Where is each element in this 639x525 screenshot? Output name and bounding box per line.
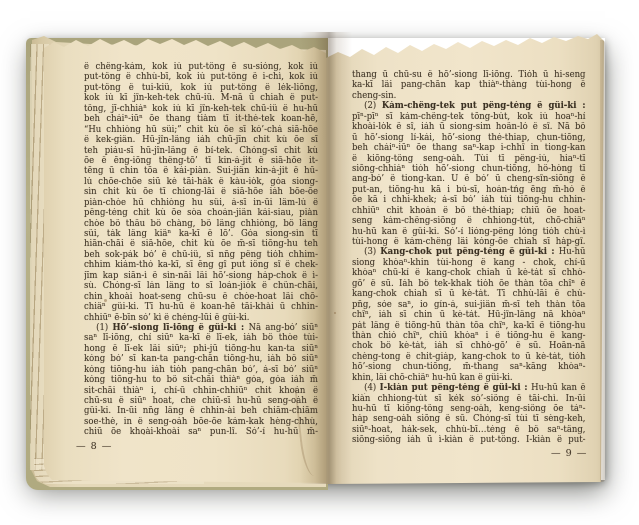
line-text: saⁿ lī-iōng, chí siūⁿ ka-kī ê lī-ek, iáh…: [84, 333, 318, 343]
text-line: ka-kī lâi pang-chān kap thiàⁿ-thàng tùi-…: [352, 80, 586, 90]
line-text: teh piáu-sī hū-jîn-lâng ê bí-tek. Chóng-…: [84, 146, 318, 156]
text-line: ang-bó’ ê tiong-kan. Ū ê bó’ ū cheng-sîn…: [352, 174, 586, 184]
text-line: pīⁿ-pīⁿ sī kám-chêng-tek tōng-bu̍t, kok …: [352, 112, 586, 122]
text-line: sûi, ta̍k lâng kiâⁿ ka-kī ê lō’. Góa sio…: [84, 229, 318, 239]
text-line: chhiūⁿ chit khoán ê bô thé-thiap; chiū ō…: [352, 206, 586, 216]
text-line: chîⁿ, iáh sī chin ū kè-ta̍t. Hū-jîn-lâng…: [352, 310, 586, 320]
text-line: chok bô kè-ta̍t, iáh sī chhò-gō’ ê sū. H…: [352, 341, 586, 351]
text-line: cheng-sin.: [352, 91, 586, 101]
line-text: sù. Chóng-sī lán lâng to sī loán-jio̍k ê…: [84, 281, 318, 291]
line-text: khòaⁿ chū-kí ê kang-chok chiah ū kè-ta̍t…: [352, 268, 586, 278]
text-line: chòe bô thâu bô chàng, bô lâng chhiòng, …: [84, 219, 318, 229]
line-text: siōng-siōng iáh ū ì-kiàn ê put-tông. Ì-k…: [352, 435, 586, 445]
text-line: sit-chāi thiàⁿ i, chí-ū chhin-chhiūⁿ chi…: [84, 386, 318, 396]
text-line: gō’ ê sū. Iáh bô tek-khak tio̍h ōe thàn …: [352, 279, 586, 289]
section-number: (3): [364, 247, 380, 257]
text-line: ê chêng-kám, kok iú put-tông ê su-sióng,…: [84, 62, 318, 72]
text-line: hu-hū kan ê gûi-ki. Só’-í lióng-pêng lón…: [352, 227, 586, 237]
line-text: gûi-ki. In-ūi nn̄g lâng ê chhin-ài beh c…: [84, 406, 318, 416]
line-text: put-tông ê tui-kiû, kok iú put-tông ê le…: [84, 83, 318, 93]
line-text: ōe kā i chhi-khek; á-sī bó’ iáh tùi tiōn…: [352, 195, 586, 205]
section-number: (2): [364, 101, 382, 111]
line-text: siūⁿ-hoat, ha̍k-sek, chhù-bī…téng ê bô s…: [352, 425, 586, 435]
text-line: ōe kā i chhi-khek; á-sī bó’ iáh tùi tiōn…: [352, 195, 586, 205]
line-text: thang ū chū-su ê hō’-siong lī-iōng. Tio̍…: [352, 70, 586, 80]
line-text: khin, lâi chō-chiâⁿ hu-hū kan ê gûi-ki.: [352, 373, 513, 383]
text-line: pêng-téng chit kù ōe sòa choán-jiân kái-…: [84, 208, 318, 218]
line-text: kóng tiōng-hu iáh tio̍h pang-chān bó’, á…: [84, 365, 318, 375]
line-text: chòe bô thâu bô chàng, bô lâng chhiòng, …: [84, 219, 318, 229]
line-text: “Hu chhiòng hū sûi;” chit kù ōe sī kó’-c…: [84, 125, 318, 135]
line-text: chin khoài hoat-seng chū-su ê chòe-hoat …: [84, 292, 318, 302]
text-line: pn̄g, sóe saⁿ, io gín-á, sui-jiân m̄-sī …: [352, 300, 586, 310]
text-line: pa̍t lâng ê tiōng-hū thàn tōa chîⁿ, ka-k…: [352, 321, 586, 331]
line-text: chhiūⁿ chit khoán ê bô thé-thiap; chiū ō…: [352, 206, 586, 216]
text-line: kóng tiōng-hu iáh tio̍h pang-chān bó’, á…: [84, 365, 318, 375]
text-line: hō’-siong chun-tiōng, m̄-thang saⁿ-kāng …: [352, 362, 586, 372]
line-text: ka-kī lâi pang-chān kap thiàⁿ-thàng tùi-…: [352, 80, 586, 90]
line-text: pêng-téng chit kù ōe sòa choán-jiân kái-…: [84, 208, 318, 218]
text-line: kok iú kī jîn-keh-tek chū-iû. M̄-nā ū ch…: [84, 93, 318, 103]
text-line: siōng-siōng iáh ū ì-kiàn ê put-tông. Ì-k…: [352, 435, 586, 445]
text-line: put-an, tiōng-hu kā i bú-sī, hoán-tńg ēn…: [352, 185, 586, 195]
text-line: khòaⁿ chū-kí ê kang-chok chiah ū kè-ta̍t…: [352, 268, 586, 278]
text-line: chin khoài hoat-seng chū-su ê chòe-hoat …: [84, 292, 318, 302]
line-text: chiū ōe khoài-khoài saⁿ pun-lî. Só’-í hu…: [84, 427, 318, 437]
text-line: soe-thè, in ê seng-oa̍h bōe-ōe kám-kak h…: [84, 417, 318, 427]
text-line: seng kám-chêng-siōng ê chhiong-tu̍t, chō…: [352, 216, 586, 226]
text-line: ê kiōng-tông seng-oa̍h. Tùi tī pêng-iú, …: [352, 154, 586, 164]
text-line: “Hu chhiòng hū sûi;” chit kù ōe sī kó’-c…: [84, 125, 318, 135]
line-text: khoài-lo̍k ê sî, iáh ū siong-sim hoân-ló…: [352, 122, 586, 132]
text-line: sù. Chóng-sī lán lâng to sī loán-jio̍k ê…: [84, 281, 318, 291]
line-text: chhim kiám-thó ka-kī, sī ēng gî put iông…: [84, 260, 318, 270]
text-line: (1) Hō’-siong lī-iōng ê gûi-ki : Nā ang-…: [84, 323, 318, 333]
paper-stain: [210, 100, 270, 134]
text-line: siūⁿ-hoat, ha̍k-sek, chhù-bī…téng ê bô s…: [352, 425, 586, 435]
section-number: (1): [96, 323, 112, 333]
text-line: put-tông ê tui-kiû, kok iú put-tông ê le…: [84, 83, 318, 93]
line-text: ōe ê ēng-iōng thêng-tō’ tī kin-á-jit ê s…: [84, 156, 318, 166]
text-line: thàn chió chîⁿ, chiū khòaⁿ i ê tiōng-hu …: [352, 331, 586, 341]
line-text: pn̄g, sóe saⁿ, io gín-á, sui-jiân m̄-sī …: [352, 300, 586, 310]
line-text: ang-bó’ ê tiong-kan. Ū ê bó’ ū cheng-sîn…: [352, 174, 586, 184]
line-text: hu-hū kan ê gûi-ki. Só’-í lióng-pêng lón…: [352, 227, 586, 237]
line-text: ū hō’-siong lí-kái, hō’-siong thé-thiap,…: [352, 133, 586, 143]
text-line: piàn-chòe hū chhiòng hu sûi, á-sī in-ūi …: [84, 198, 318, 208]
line-text: ê kiōng-tông seng-oa̍h. Tùi tī pêng-iú, …: [352, 154, 586, 164]
book-photo: ê chêng-kám, kok iú put-tông ê su-sióng,…: [0, 0, 639, 525]
line-text: beh cháiⁿ-iūⁿ ōe thang saⁿ-kap i-chhî in…: [352, 143, 586, 153]
text-line: thang ū chū-su ê hō’-siong lī-iōng. Tio̍…: [352, 70, 586, 80]
text-line: saⁿ lī-iōng, chí siūⁿ ka-kī ê lī-ek, iáh…: [84, 333, 318, 343]
text-line: (2) Kám-chêng-tek put pêng-téng ê gûi-ki…: [352, 101, 586, 111]
line-text: ê chêng-kám, kok iú put-tông ê su-sióng,…: [84, 62, 318, 72]
line-text: kok iú kī jîn-keh-tek chū-iû. M̄-nā ū ch…: [84, 93, 318, 103]
text-line: chū-su ê siūⁿ hoat, che chiū-sī hu-hū se…: [84, 396, 318, 406]
line-text: beh sok-pa̍k bó’ ê chū-iû, sī nn̄g pêng …: [84, 250, 318, 260]
line-text: kóng bó’ sī kan-ta pang-chān tiōng-hu, i…: [84, 354, 318, 364]
line-text: pa̍t lâng ê tiōng-hū thàn tōa chîⁿ, ka-k…: [352, 321, 586, 331]
line-text: chhiūⁿ ē-bīn só’ kì ê chéng-lūi ê gûi-ki…: [84, 313, 249, 323]
text-line: (3) Kang-chok put pêng-téng ê gûi-ki : H…: [352, 247, 586, 257]
line-text: sûi, ta̍k lâng kiâⁿ ka-kī ê lō’. Góa sio…: [84, 229, 318, 239]
text-line: ê kek-giân. Hū-jîn-lâng iáh chū-jīn chit…: [84, 135, 318, 145]
text-line: kóng bó’ sī kan-ta pang-chān tiōng-hu, i…: [84, 354, 318, 364]
text-line: beh sok-pa̍k bó’ ê chū-iû, sī nn̄g pêng …: [84, 250, 318, 260]
page-number-8: — 8 —: [76, 441, 112, 452]
section-heading: Hō’-siong lī-iōng ê gûi-ki :: [112, 323, 248, 333]
text-line: lú chōe-chōe siū kè tāi-ha̍k ê kàu-io̍k,…: [84, 177, 318, 187]
section-heading: Kang-chok put pêng-téng ê gûi-ki :: [380, 247, 559, 257]
line-text: cheng-sin.: [352, 91, 396, 101]
text-line: ōe ê ēng-iōng thêng-tō’ tī kin-á-jit ê s…: [84, 156, 318, 166]
page-number-9: — 9 —: [551, 448, 587, 459]
text-line: sìn chit kù ōe tī chiong-lâi ê siā-hōe i…: [84, 187, 318, 197]
text-line: siōng-chhiáⁿ tio̍h hō’-siong chun-tiōng,…: [352, 164, 586, 174]
section-number: (4): [364, 383, 379, 393]
paper-speck: [334, 312, 336, 314]
text-line: kang-chok chiah sī ū kè-ta̍t. Tī chhù-lā…: [352, 289, 586, 299]
line-text: put-tông ê chhù-bī, kok iú put-tông ê i-…: [84, 72, 318, 82]
line-text: pīⁿ-pīⁿ sī kám-chêng-tek tōng-bu̍t, kok …: [352, 112, 586, 122]
line-text: tùi-hong ê kám-chêng lâi kóng-ōe chiah s…: [352, 237, 586, 247]
text-line: gûi-ki. In-ūi nn̄g lâng ê chhin-ài beh c…: [84, 406, 318, 416]
text-line: tēng ū chin tōa ê kái-piàn. Sui-jiân kin…: [84, 166, 318, 176]
text-line: hiān-chāi ê siā-hōe, chit kù ōe m̄-sī ti…: [84, 239, 318, 249]
line-text: chèng-tong ê chit-gia̍p, kang-chok to ū …: [352, 352, 586, 362]
line-text: chîⁿ, iáh sī chin ū kè-ta̍t. Hū-jîn-lâng…: [352, 310, 586, 320]
line-text: siōng-chhiáⁿ tio̍h hō’-siong chun-tiōng,…: [352, 164, 586, 174]
text-line: beh cháiⁿ-iūⁿ ōe thang tiàm tī it-thé-te…: [84, 114, 318, 124]
line-text: siong khòaⁿ-khin tùi-hong ê kang - chok,…: [352, 258, 586, 268]
line-text: soe-thè, in ê seng-oa̍h bōe-ōe kám-kak h…: [84, 417, 318, 427]
line-text: lú chōe-chōe siū kè tāi-ha̍k ê kàu-io̍k,…: [84, 177, 318, 187]
line-text: jīm kap siān-ì ê sìn-nāi lâi hō’-siong h…: [84, 271, 318, 281]
line-text: put-an, tiōng-hu kā i bú-sī, hoán-tńg ēn…: [352, 185, 586, 195]
line-text: beh cháiⁿ-iūⁿ ōe thang tiàm tī it-thé-te…: [84, 114, 318, 124]
text-line: chèng-tong ê chit-gia̍p, kang-chok to ū …: [352, 352, 586, 362]
line-text: kang-chok chiah sī ū kè-ta̍t. Tī chhù-lā…: [352, 289, 586, 299]
paper-speck: [88, 262, 90, 264]
line-text: thàn chió chîⁿ, chiū khòaⁿ i ê tiōng-hu …: [352, 331, 586, 341]
text-line: jīm kap siān-ì ê sìn-nāi lâi hō’-siong h…: [84, 271, 318, 281]
line-text: ê kek-giân. Hū-jîn-lâng iáh chū-jīn chit…: [84, 135, 318, 145]
left-page-text: ê chêng-kám, kok iú put-tông ê su-sióng,…: [84, 62, 318, 438]
text-line: ū hō’-siong lí-kái, hō’-siong thé-thiap,…: [352, 133, 586, 143]
line-text: sit-chāi thiàⁿ i, chí-ū chhin-chhiūⁿ chi…: [84, 386, 318, 396]
right-page-fore-edge: [600, 40, 605, 482]
text-line: kóng tiōng-hu to bô sit-chāi thiàⁿ góa, …: [84, 375, 318, 385]
text-line: khoài-lo̍k ê sî, iáh ū siong-sim hoân-ló…: [352, 122, 586, 132]
line-text: chiâⁿ gûi-ki. Tī hu-hū ê koan-hē tāi-khà…: [84, 302, 318, 312]
paper-speck: [540, 140, 542, 142]
text-line: hong ê lī-ek lâi siūⁿ; phì-jū tiōng-hu k…: [84, 344, 318, 354]
paper-stain: [430, 380, 500, 420]
paper-speck: [104, 299, 107, 302]
line-text: chok bô kè-ta̍t, iáh sī chhò-gō’ ê sū. H…: [352, 341, 586, 351]
text-line: teh piáu-sī hū-jîn-lâng ê bí-tek. Chóng-…: [84, 146, 318, 156]
text-line: tông, jī-chhiáⁿ kok iú kī jîn-keh-tek ch…: [84, 104, 318, 114]
line-text: tēng ū chin tōa ê kái-piàn. Sui-jiân kin…: [84, 166, 318, 176]
text-line: put-tông ê chhù-bī, kok iú put-tông ê i-…: [84, 72, 318, 82]
text-line: chhiūⁿ ē-bīn só’ kì ê chéng-lūi ê gûi-ki…: [84, 313, 318, 323]
line-text: hiān-chāi ê siā-hōe, chit kù ōe m̄-sī ti…: [84, 239, 318, 249]
text-line: chhim kiám-thó ka-kī, sī ēng gî put iông…: [84, 260, 318, 270]
line-text: seng kám-chêng-siōng ê chhiong-tu̍t, chō…: [352, 216, 586, 226]
paper-speck: [143, 433, 145, 435]
line-text: chū-su ê siūⁿ hoat, che chiū-sī hu-hū se…: [84, 396, 318, 406]
text-line: siong khòaⁿ-khin tùi-hong ê kang - chok,…: [352, 258, 586, 268]
section-heading: Kám-chêng-tek put pêng-téng ê gûi-ki :: [382, 101, 586, 111]
line-text: tông, jī-chhiáⁿ kok iú kī jîn-keh-tek ch…: [84, 104, 318, 114]
text-line: chiū ōe khoài-khoài saⁿ pun-lî. Só’-í hu…: [84, 427, 318, 437]
line-text: hong ê lī-ek lâi siūⁿ; phì-jū tiōng-hu k…: [84, 344, 318, 354]
line-text: piàn-chòe hū chhiòng hu sûi, á-sī in-ūi …: [84, 198, 318, 208]
text-line: tùi-hong ê kám-chêng lâi kóng-ōe chiah s…: [352, 237, 586, 247]
text-line: chiâⁿ gûi-ki. Tī hu-hū ê koan-hē tāi-khà…: [84, 302, 318, 312]
line-text: kóng tiōng-hu to bô sit-chāi thiàⁿ góa, …: [84, 375, 318, 385]
line-text: hō’-siong chun-tiōng, m̄-thang saⁿ-kāng …: [352, 362, 586, 372]
text-line: beh cháiⁿ-iūⁿ ōe thang saⁿ-kap i-chhî in…: [352, 143, 586, 153]
line-text: sìn chit kù ōe tī chiong-lâi ê siā-hōe i…: [84, 187, 318, 197]
line-text: gō’ ê sū. Iáh bô tek-khak tio̍h ōe thàn …: [352, 279, 586, 289]
